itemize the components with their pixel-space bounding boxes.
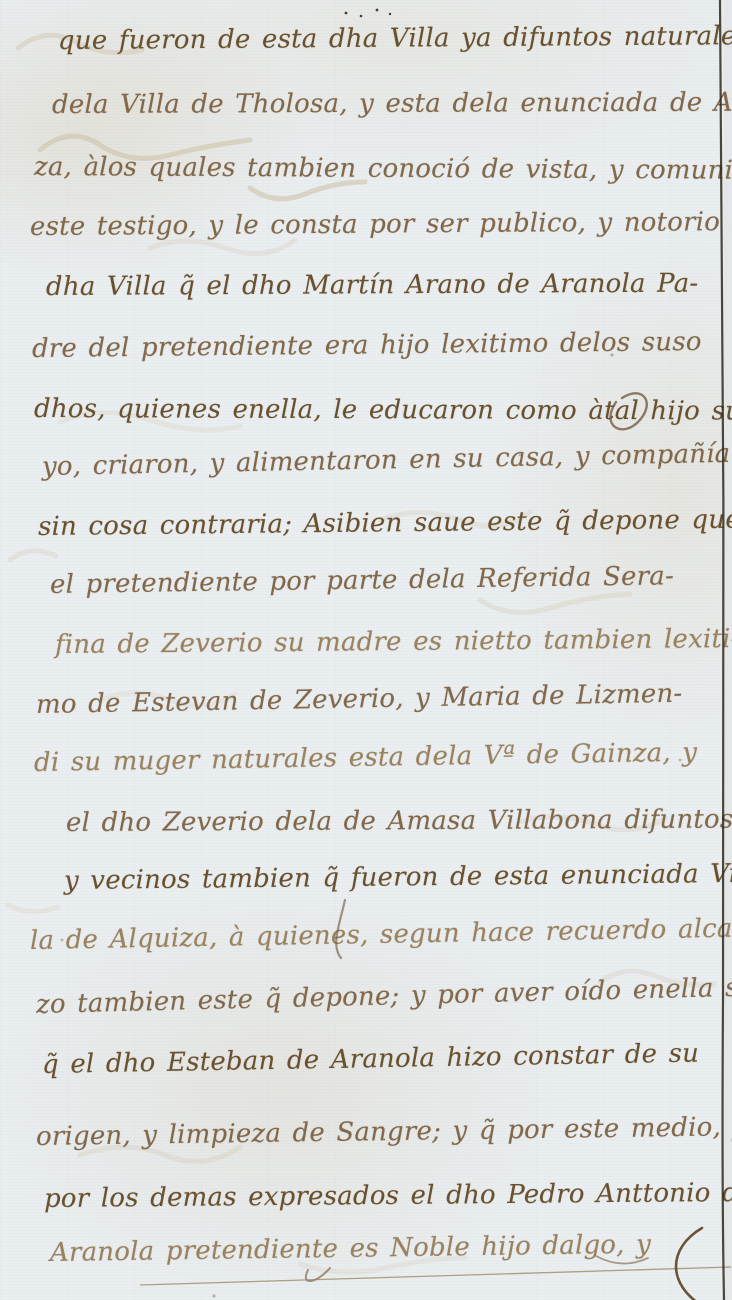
manuscript-line: el pretendiente por parte dela Referida … — [50, 561, 674, 600]
manuscript-line: dha Villa q̃ el dho Martín Arano de Aran… — [46, 269, 699, 302]
manuscript-line: q̃ el dho Esteban de Aranola hizo consta… — [42, 1039, 700, 1080]
manuscript-line: mo de Estevan de Zeverio, y Maria de Liz… — [36, 679, 683, 720]
manuscript-line: origen, y limpieza de Sangre; y q̃ por e… — [36, 1112, 732, 1152]
manuscript-line: sin cosa contraria; Asibien saue este q̃… — [38, 505, 732, 542]
manuscript-line: este testigo, y le consta por ser public… — [30, 206, 732, 242]
manuscript-line: que fueron de esta dha Villa ya difuntos… — [58, 20, 732, 56]
manuscript-line: por los demas expresados el dho Pedro An… — [44, 1178, 732, 1214]
manuscript-page: que fueron de esta dha Villa ya difuntos… — [0, 0, 732, 1300]
manuscript-line: dhos, quienes enella, le educaron como à… — [34, 394, 732, 427]
manuscript-line: zo tambien este q̃ depone; y por aver oí… — [36, 972, 732, 1020]
manuscript-line: y vecinos tambien q̃ fueron de esta enun… — [64, 859, 732, 896]
manuscript-line: di su muger naturales esta dela Vª de Ga… — [34, 738, 698, 778]
manuscript-text-block: que fueron de esta dha Villa ya difuntos… — [0, 0, 732, 1300]
manuscript-line: dela Villa de Tholosa, y esta dela enunc… — [52, 87, 732, 120]
manuscript-line: dre del pretendiente era hijo lexitimo d… — [32, 327, 702, 364]
manuscript-line: Aranola pretendiente es Noble hijo dalgo… — [50, 1230, 651, 1268]
manuscript-line: za, àlos quales tambien conoció de vista… — [34, 152, 732, 186]
manuscript-line: yo, criaron, y alimentaron en su casa, y… — [42, 439, 731, 482]
manuscript-line: el dho Zeverio dela de Amasa Villabona d… — [66, 805, 732, 838]
manuscript-line: fina de Zeverio su madre es nietto tambi… — [55, 624, 732, 660]
manuscript-line: la de Alquiza, à quienes, segun hace rec… — [30, 913, 732, 956]
